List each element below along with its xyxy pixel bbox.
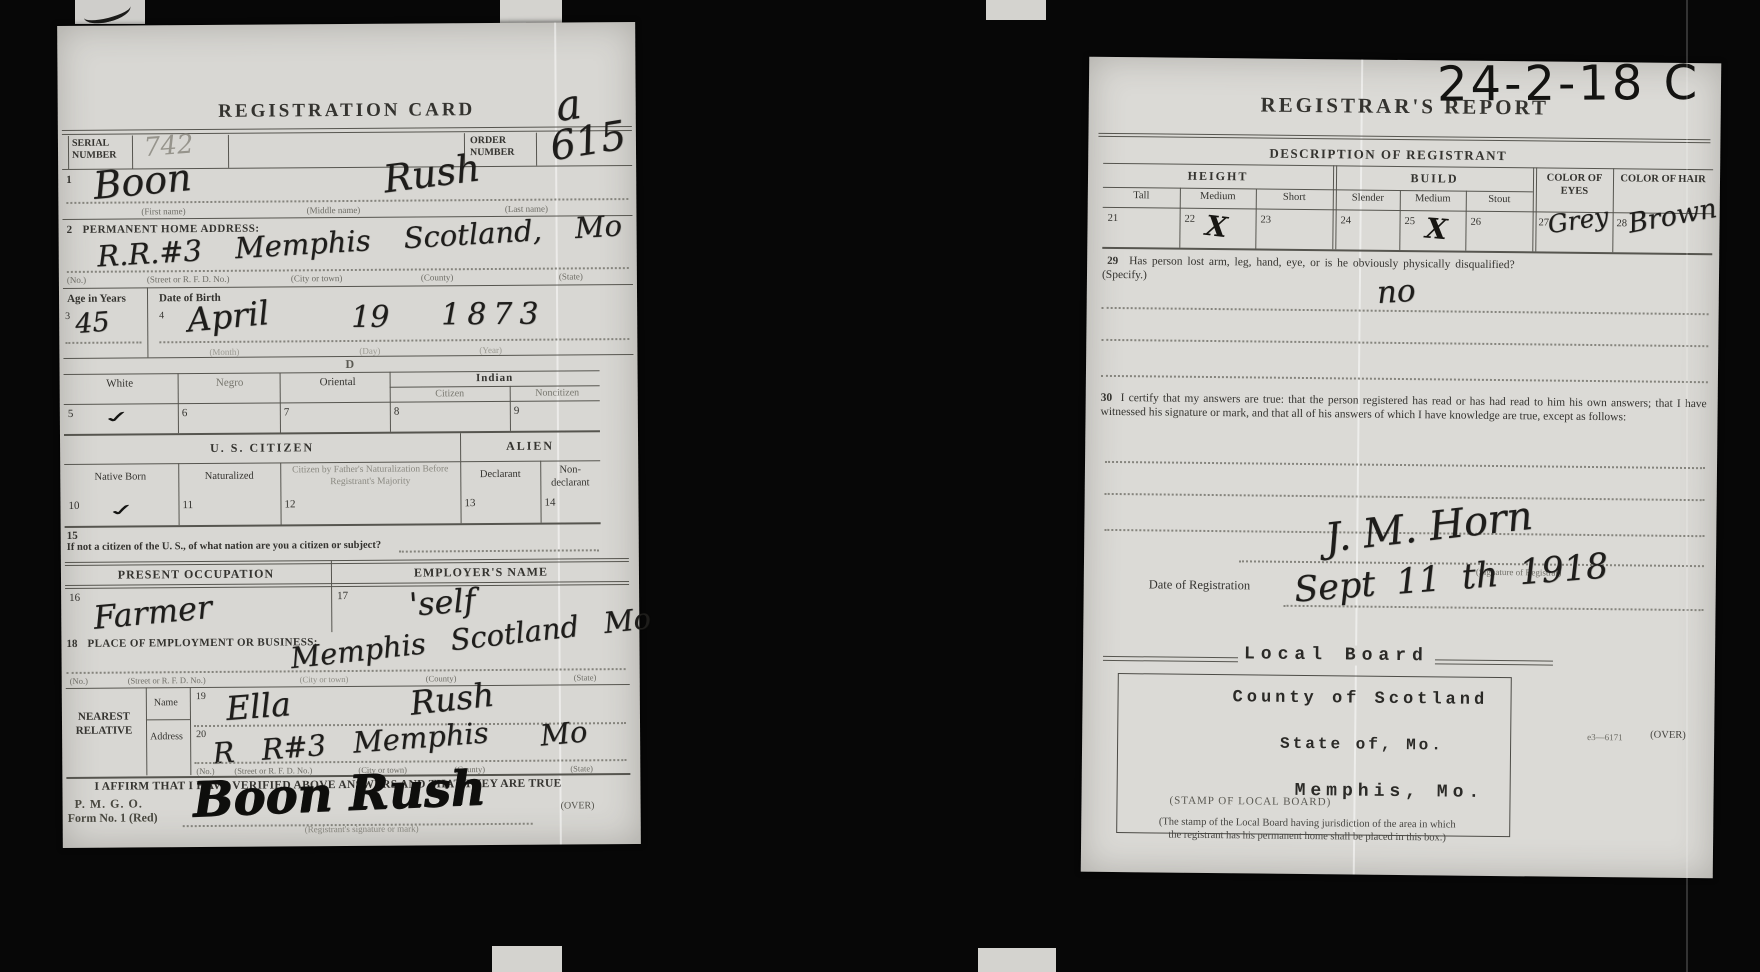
- registrant-signature: Boon Rush: [191, 760, 486, 828]
- race-indian-label: Indian: [390, 371, 600, 385]
- line15-question: If not a citizen of the U. S., of what n…: [67, 540, 381, 554]
- build-medium-x-mark: X: [1424, 212, 1448, 247]
- race-white-label: White: [80, 377, 160, 390]
- cell-26-number: 26: [1471, 217, 1482, 229]
- cell-13-number: 13: [464, 497, 475, 510]
- first-name-value: Boon: [91, 155, 193, 208]
- us-citizen-header: U. S. CITIZEN: [64, 440, 460, 457]
- employer-value: 'self: [408, 581, 477, 624]
- white-check-mark: ✓: [96, 407, 139, 428]
- over-note-right: (OVER): [1650, 730, 1686, 742]
- last-name-value: Rush: [381, 145, 483, 201]
- cell-14-number: 14: [544, 497, 555, 510]
- build-stout-label: Stout: [1466, 194, 1533, 207]
- age-number: 3: [65, 311, 70, 323]
- film-scratch-line: [1686, 0, 1688, 972]
- film-fragment-bottom-2: [978, 948, 1056, 972]
- height-medium-x-mark: X: [1204, 209, 1229, 244]
- q29-number: 29: [1107, 255, 1118, 268]
- q29-text: Has person lost arm, leg, hand, eye, or …: [1129, 255, 1515, 272]
- registration-card: REGISTRATION CARD a SERIAL NUMBER 742 OR…: [57, 22, 641, 848]
- race-oriental-label: Oriental: [296, 376, 380, 389]
- registrant-signature-caption: (Registrant's signature or mark): [305, 824, 419, 835]
- caption-county: (County): [421, 272, 454, 282]
- line20-number: 20: [196, 729, 206, 741]
- board-stamp-line3: State of, Mo.: [1280, 735, 1444, 755]
- stamp-of-local-board-caption: (STAMP OF LOCAL BOARD): [1169, 795, 1331, 809]
- build-medium-label: Medium: [1400, 193, 1466, 206]
- cell-25-number: 25: [1405, 216, 1416, 228]
- cell-23-number: 23: [1261, 215, 1272, 227]
- alien-header: ALIEN: [460, 439, 600, 454]
- form-number-label: Form No. 1 (Red): [68, 811, 158, 825]
- relative-caption-state: (State): [570, 763, 593, 773]
- q30-text: I certify that my answers are true: that…: [1100, 392, 1706, 424]
- employment-caption-city: (City or town): [300, 674, 349, 684]
- line18-number: 18: [66, 638, 77, 651]
- race-indian-citizen-label: Citizen: [395, 388, 505, 400]
- q30-certification: 30 I certify that my answers are true: t…: [1100, 391, 1706, 426]
- dob-year-caption: (Year): [479, 345, 502, 355]
- dob-year-value: 1873: [441, 297, 546, 333]
- relative-first-name-value: Ella: [224, 684, 292, 728]
- native-born-label: Native Born: [68, 471, 172, 484]
- employment-caption-street: (Street or R. F. D. No.): [128, 675, 206, 686]
- race-header-remnant: D: [345, 358, 354, 372]
- non-declarant-label: Non-declarant: [542, 463, 598, 490]
- film-fragment-bottom-1: [492, 946, 562, 972]
- eyes-header: COLOR OF EYES: [1536, 171, 1613, 198]
- cell-24-number: 24: [1341, 215, 1352, 227]
- age-value: 45: [74, 307, 111, 341]
- middle-name-caption: (Middle name): [273, 205, 393, 216]
- q29-answer: no: [1376, 273, 1417, 311]
- dob-month-caption: (Month): [209, 347, 239, 357]
- employment-caption-no: (No.): [70, 676, 88, 686]
- dob-month-value: April: [186, 293, 271, 340]
- relative-address-label: Address: [150, 731, 183, 743]
- race-cell-7-number: 7: [284, 406, 290, 419]
- serial-number-label: SERIAL NUMBER: [72, 138, 130, 162]
- over-note-left: (OVER): [561, 800, 595, 812]
- race-cell-5-number: 5: [68, 408, 74, 421]
- eyes-value: Grey: [1546, 202, 1610, 240]
- hair-header: COLOR OF HAIR: [1613, 172, 1713, 186]
- line2-number: 2: [67, 224, 73, 237]
- line17-number: 17: [337, 590, 348, 603]
- cell-10-number: 10: [68, 500, 79, 513]
- relative-address-state-value: Mo: [539, 714, 589, 752]
- line1-number: 1: [66, 174, 72, 187]
- ink-stroke-fragment: [81, 0, 132, 28]
- film-fragment-top-1: [500, 0, 562, 25]
- caption-city: (City or town): [291, 273, 343, 283]
- caption-state: (State): [559, 271, 583, 281]
- employment-caption-state: (State): [574, 672, 597, 682]
- build-slender-label: Slender: [1336, 192, 1400, 205]
- declarant-label: Declarant: [462, 469, 538, 482]
- microfilm-scan: REGISTRATION CARD a SERIAL NUMBER 742 OR…: [0, 0, 1760, 972]
- dob-day-value: 19: [351, 300, 389, 335]
- stamp-note-line1: (The stamp of the Local Board having jur…: [1159, 816, 1456, 830]
- registrar-signature: J. M. Horn: [1322, 493, 1534, 562]
- race-negro-label: Negro: [190, 377, 270, 390]
- order-number-label: ORDER NUMBER: [470, 135, 532, 159]
- employer-header: EMPLOYER'S NAME: [361, 565, 601, 580]
- dob-number: 4: [159, 310, 164, 322]
- build-header: BUILD: [1336, 171, 1533, 187]
- naturalized-label: Naturalized: [184, 471, 274, 484]
- cell-21-number: 21: [1108, 213, 1119, 225]
- nearest-relative-label: NEAREST RELATIVE: [64, 709, 144, 738]
- cell-28-number: 28: [1616, 218, 1627, 230]
- q30-number: 30: [1101, 392, 1113, 404]
- line16-number: 16: [69, 592, 80, 605]
- q29-specify-label: (Specify.): [1102, 269, 1147, 283]
- date-of-registration-label: Date of Registration: [1149, 577, 1251, 592]
- native-born-check-mark: ✓: [101, 500, 144, 521]
- race-cell-9-number: 9: [514, 405, 520, 418]
- registrars-report-card: REGISTRAR'S REPORT 24-2-18 C DESCRIPTION…: [1081, 57, 1721, 879]
- cell-22-number: 22: [1185, 214, 1196, 226]
- line19-number: 19: [196, 691, 206, 703]
- cell-12-number: 12: [284, 498, 295, 511]
- board-stamp-line1: Local Board: [1238, 644, 1435, 666]
- race-cell-8-number: 8: [394, 406, 400, 419]
- form-code: e3—6171: [1587, 732, 1623, 743]
- line15-number: 15: [67, 530, 78, 543]
- board-stamp-line2: County of Scotland: [1232, 688, 1488, 710]
- height-short-label: Short: [1256, 191, 1333, 204]
- caption-street: (Street or R. F. D. No.): [147, 274, 230, 285]
- caption-no: (No.): [67, 275, 86, 285]
- stamp-note-line2: the registrant has his permanent home sh…: [1168, 830, 1446, 844]
- film-fragment-top-2: [986, 0, 1046, 20]
- citizen-by-father-label: Citizen by Father's Naturalization Befor…: [286, 464, 454, 489]
- height-medium-label: Medium: [1180, 191, 1256, 204]
- hair-value: Brown: [1626, 193, 1720, 240]
- height-header: HEIGHT: [1103, 169, 1333, 185]
- age-label: Age in Years: [67, 293, 126, 306]
- occupation-value: Farmer: [92, 588, 214, 637]
- dob-day-caption: (Day): [359, 346, 380, 356]
- occupation-header: PRESENT OCCUPATION: [81, 567, 311, 582]
- cell-11-number: 11: [182, 499, 193, 512]
- classification-stamp: 24-2-18 C: [1437, 55, 1700, 113]
- stamp-note: (The stamp of the Local Board having jur…: [1103, 815, 1511, 846]
- race-indian-noncitizen-label: Noncitizen: [515, 387, 600, 399]
- race-cell-6-number: 6: [182, 407, 188, 420]
- employment-label: PLACE OF EMPLOYMENT OR BUSINESS:: [87, 636, 317, 650]
- first-name-caption: (First name): [113, 206, 213, 217]
- height-tall-label: Tall: [1103, 190, 1180, 203]
- card-title: REGISTRATION CARD: [58, 98, 636, 124]
- relative-name-label: Name: [154, 697, 178, 709]
- film-fragment-top-left: [75, 0, 145, 24]
